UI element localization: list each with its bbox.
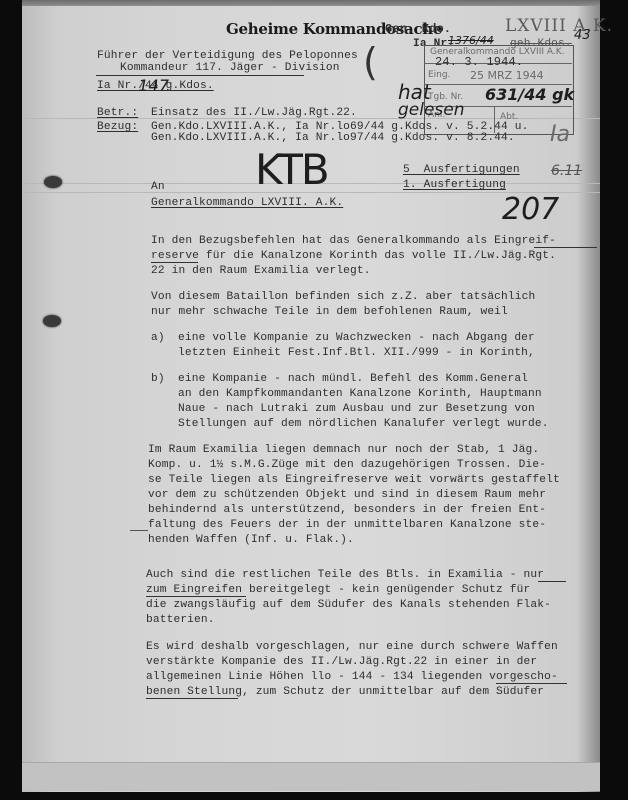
stamp-eing-label: Eing. — [428, 70, 450, 80]
emphasis-underline — [534, 247, 597, 248]
text-line: die zwangsläufig auf dem Südufer des Kan… — [146, 598, 551, 613]
emphasis-underline — [538, 581, 566, 582]
text-line: Von diesem Bataillon befinden sich z.Z. … — [151, 290, 535, 305]
text-line: behindernd als unterstützend, besonders … — [148, 503, 546, 518]
text-line: se Teile liegen als Eingreifreserve weit… — [148, 473, 560, 488]
text-line: reserve für die Kanalzone Korinth das vo… — [151, 249, 556, 264]
list-label: a) — [151, 331, 165, 346]
bezug-label: Bezug: — [97, 120, 138, 135]
copy-number: 1. Ausfertigung — [403, 178, 506, 193]
margin-mark — [130, 530, 148, 531]
text-line: 22 in den Raum Examilia verlegt. — [151, 264, 371, 279]
text-line: faltung des Feuers der in der unmittelba… — [148, 518, 546, 533]
text-line: Es wird deshalb vorgeschlagen, nur eine … — [146, 640, 558, 655]
handwritten-ref-number: 147 — [138, 79, 169, 94]
text-line: eine volle Kompanie zu Wachzwecken - nac… — [178, 331, 535, 346]
punch-hole-icon — [44, 176, 62, 188]
text-line: henden Waffen (Inf. u. Flak.). — [148, 533, 354, 548]
text-line: Komp. u. 1½ s.M.G.Züge mit den dazugehör… — [148, 458, 546, 473]
handwritten-ia-note: Ia — [550, 122, 570, 147]
handwritten-bracket: ( — [363, 40, 378, 84]
reference-number: Ia Nr.147/44 g.Kdos. — [97, 79, 214, 94]
stamp-eing-date: 25 MRZ 1944 — [470, 69, 544, 82]
text-line: Auch sind die restlichen Teile des Btls.… — [146, 568, 544, 583]
sender-line-2: Kommandeur 117. Jäger - Division — [120, 61, 340, 76]
stamp-gen-kdo: Gen. Kdo. — [385, 22, 451, 37]
addressee-label: An — [151, 180, 165, 195]
text-line: vor dem zu schützenden Objekt und sind i… — [148, 488, 546, 503]
emphasis-underline — [146, 698, 238, 699]
text-line: eine Kompanie - nach mündl. Befehl des K… — [178, 372, 528, 387]
text-line: Stellungen auf dem nördlichen Kanalufer … — [178, 417, 549, 432]
handwritten-struck: 6.11 — [551, 163, 582, 179]
emphasis-underline — [146, 596, 246, 597]
stamp-date: 24. 3. 1944. — [435, 55, 523, 70]
text-line: verstärkte Kompanie des II./Lw.Jäg.Rgt.2… — [146, 655, 537, 670]
list-label: b) — [151, 372, 165, 387]
text-line: nur mehr schwache Teile in dem befohlene… — [151, 305, 508, 320]
emphasis-underline — [496, 683, 567, 684]
handwritten-number: 207 — [502, 192, 559, 227]
page-bottom-strip — [22, 762, 600, 791]
bezug-line-2: Gen.Kdo.LXVIII.A.K., Ia Nr.lo97/44 g.Kdo… — [151, 131, 515, 146]
sender-underline — [96, 75, 304, 76]
emphasis-underline — [151, 262, 198, 263]
text-line: an den Kampfkommandanten Kanalzone Korin… — [178, 387, 542, 402]
text-line: In den Bezugsbefehlen hat das Generalkom… — [151, 234, 556, 249]
stamp-tgb-number: 631/44 gk — [485, 85, 574, 104]
betr-label: Betr.: — [97, 106, 138, 121]
text-line: Im Raum Examilia liegen demnach nur noch… — [148, 443, 539, 458]
text-line: batterien. — [146, 613, 215, 628]
copies-total: 5 Ausfertigungen — [403, 163, 520, 178]
handwritten-ktb: KTB — [255, 145, 328, 194]
betr-text: Einsatz des II./Lw.Jäg.Rgt.22. — [151, 106, 357, 121]
punch-hole-icon — [43, 315, 61, 327]
addressee: Generalkommando LXVIII. A.K. — [151, 196, 343, 211]
text-line: letzten Einheit Fest.Inf.Btl. XII./999 -… — [178, 346, 535, 361]
stamp-corps: LXVIII A.K. — [505, 16, 613, 36]
handwritten-note: gelesen — [398, 100, 465, 120]
text-line: Naue - nach Lutraki zum Ausbau und zur B… — [178, 402, 535, 417]
handwritten-initials: 43 — [574, 28, 591, 43]
